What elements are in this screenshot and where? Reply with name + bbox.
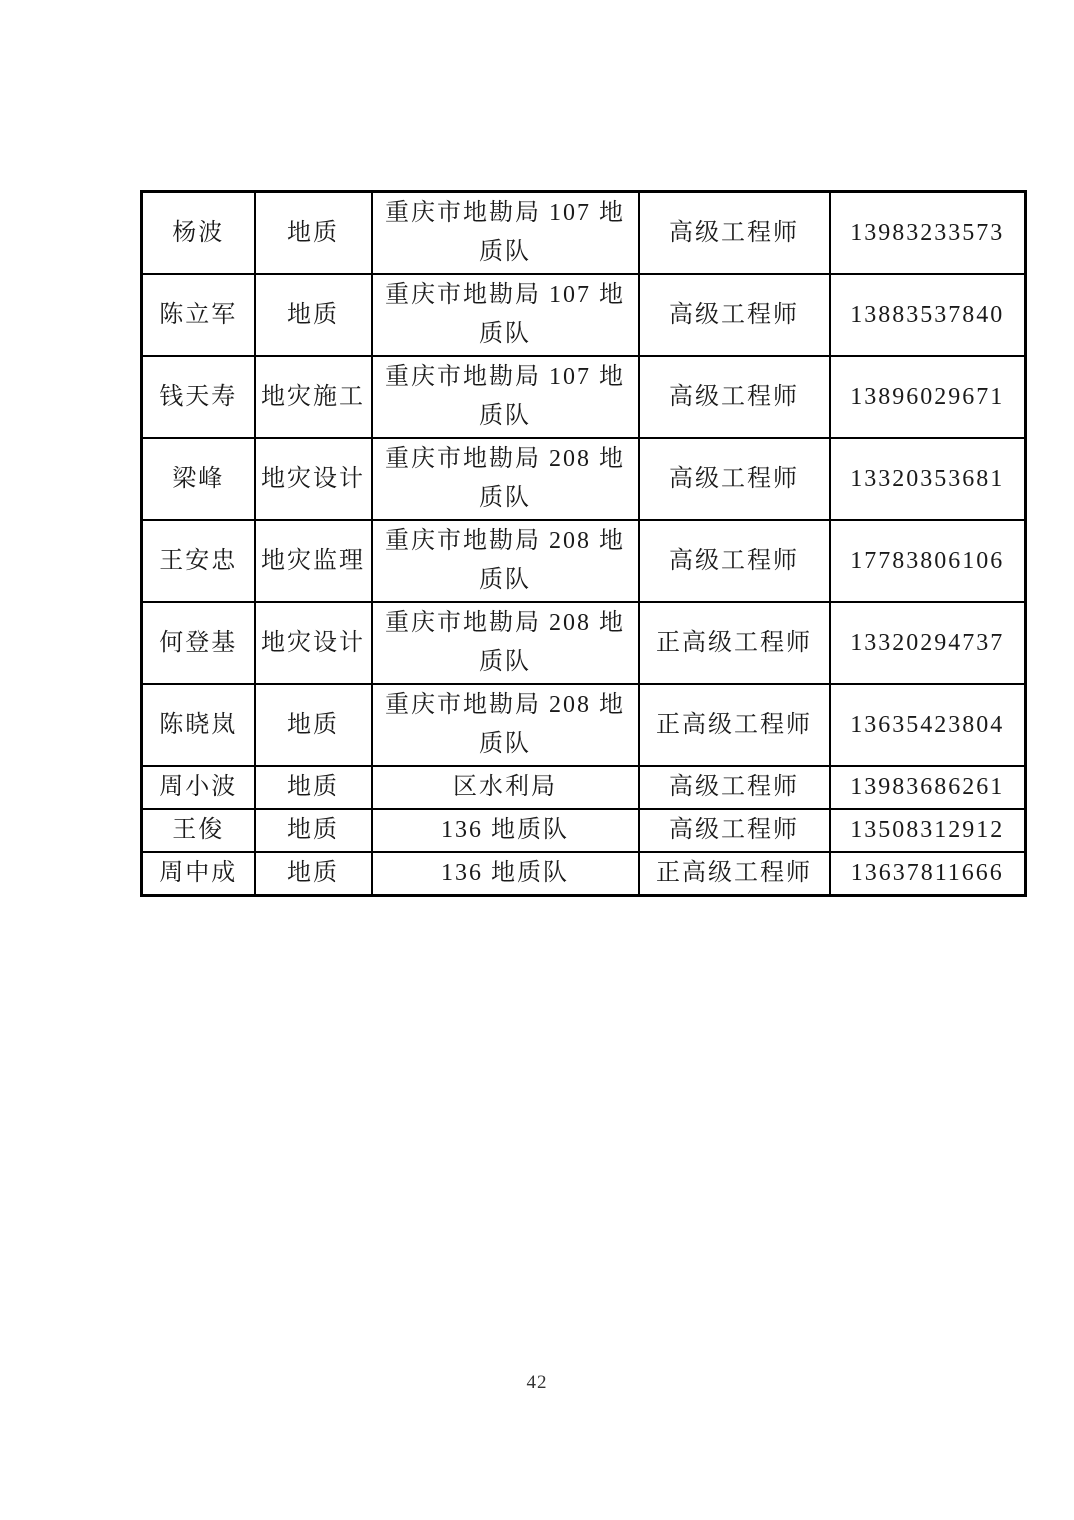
cell-phone: 13320294737 (830, 602, 1026, 684)
cell-title: 高级工程师 (639, 766, 830, 809)
page-number: 42 (0, 1372, 1074, 1394)
cell-name: 王安忠 (142, 520, 255, 602)
cell-name: 何登基 (142, 602, 255, 684)
table-row: 王俊 地质 136 地质队 高级工程师 13508312912 (142, 809, 1026, 852)
cell-organization: 重庆市地勘局 208 地质队 (372, 438, 639, 520)
cell-organization: 重庆市地勘局 208 地质队 (372, 520, 639, 602)
cell-specialty: 地质 (255, 192, 372, 275)
table-row: 梁峰 地灾设计 重庆市地勘局 208 地质队 高级工程师 13320353681 (142, 438, 1026, 520)
cell-name: 周中成 (142, 852, 255, 896)
table-row: 周中成 地质 136 地质队 正高级工程师 13637811666 (142, 852, 1026, 896)
cell-phone: 17783806106 (830, 520, 1026, 602)
cell-phone: 13508312912 (830, 809, 1026, 852)
cell-title: 高级工程师 (639, 520, 830, 602)
cell-title: 正高级工程师 (639, 602, 830, 684)
cell-title: 高级工程师 (639, 192, 830, 275)
cell-specialty: 地质 (255, 809, 372, 852)
cell-organization: 136 地质队 (372, 852, 639, 896)
cell-specialty: 地质 (255, 274, 372, 356)
cell-title: 高级工程师 (639, 356, 830, 438)
cell-title: 高级工程师 (639, 274, 830, 356)
cell-specialty: 地灾设计 (255, 438, 372, 520)
cell-phone: 13983233573 (830, 192, 1026, 275)
cell-organization: 136 地质队 (372, 809, 639, 852)
cell-phone: 13320353681 (830, 438, 1026, 520)
cell-phone: 13883537840 (830, 274, 1026, 356)
cell-specialty: 地质 (255, 684, 372, 766)
cell-phone: 13635423804 (830, 684, 1026, 766)
cell-organization: 区水利局 (372, 766, 639, 809)
cell-name: 王俊 (142, 809, 255, 852)
table-row: 陈晓岚 地质 重庆市地勘局 208 地质队 正高级工程师 13635423804 (142, 684, 1026, 766)
cell-specialty: 地灾施工 (255, 356, 372, 438)
cell-phone: 13637811666 (830, 852, 1026, 896)
cell-organization: 重庆市地勘局 208 地质队 (372, 602, 639, 684)
cell-phone: 13983686261 (830, 766, 1026, 809)
cell-organization: 重庆市地勘局 107 地质队 (372, 274, 639, 356)
cell-phone: 13896029671 (830, 356, 1026, 438)
cell-specialty: 地灾监理 (255, 520, 372, 602)
cell-name: 钱天寿 (142, 356, 255, 438)
cell-title: 正高级工程师 (639, 684, 830, 766)
cell-specialty: 地灾设计 (255, 602, 372, 684)
cell-name: 陈立军 (142, 274, 255, 356)
cell-title: 高级工程师 (639, 438, 830, 520)
table-row: 周小波 地质 区水利局 高级工程师 13983686261 (142, 766, 1026, 809)
cell-title: 正高级工程师 (639, 852, 830, 896)
cell-name: 梁峰 (142, 438, 255, 520)
cell-name: 周小波 (142, 766, 255, 809)
cell-specialty: 地质 (255, 766, 372, 809)
cell-organization: 重庆市地勘局 208 地质队 (372, 684, 639, 766)
cell-name: 杨波 (142, 192, 255, 275)
document-page: 杨波 地质 重庆市地勘局 107 地质队 高级工程师 13983233573 陈… (0, 0, 1074, 1520)
cell-name: 陈晓岚 (142, 684, 255, 766)
personnel-table: 杨波 地质 重庆市地勘局 107 地质队 高级工程师 13983233573 陈… (140, 190, 1027, 897)
cell-organization: 重庆市地勘局 107 地质队 (372, 356, 639, 438)
table-row: 何登基 地灾设计 重庆市地勘局 208 地质队 正高级工程师 133202947… (142, 602, 1026, 684)
cell-specialty: 地质 (255, 852, 372, 896)
table-row: 王安忠 地灾监理 重庆市地勘局 208 地质队 高级工程师 1778380610… (142, 520, 1026, 602)
table-row: 杨波 地质 重庆市地勘局 107 地质队 高级工程师 13983233573 (142, 192, 1026, 275)
table-row: 陈立军 地质 重庆市地勘局 107 地质队 高级工程师 13883537840 (142, 274, 1026, 356)
cell-title: 高级工程师 (639, 809, 830, 852)
cell-organization: 重庆市地勘局 107 地质队 (372, 192, 639, 275)
table-row: 钱天寿 地灾施工 重庆市地勘局 107 地质队 高级工程师 1389602967… (142, 356, 1026, 438)
